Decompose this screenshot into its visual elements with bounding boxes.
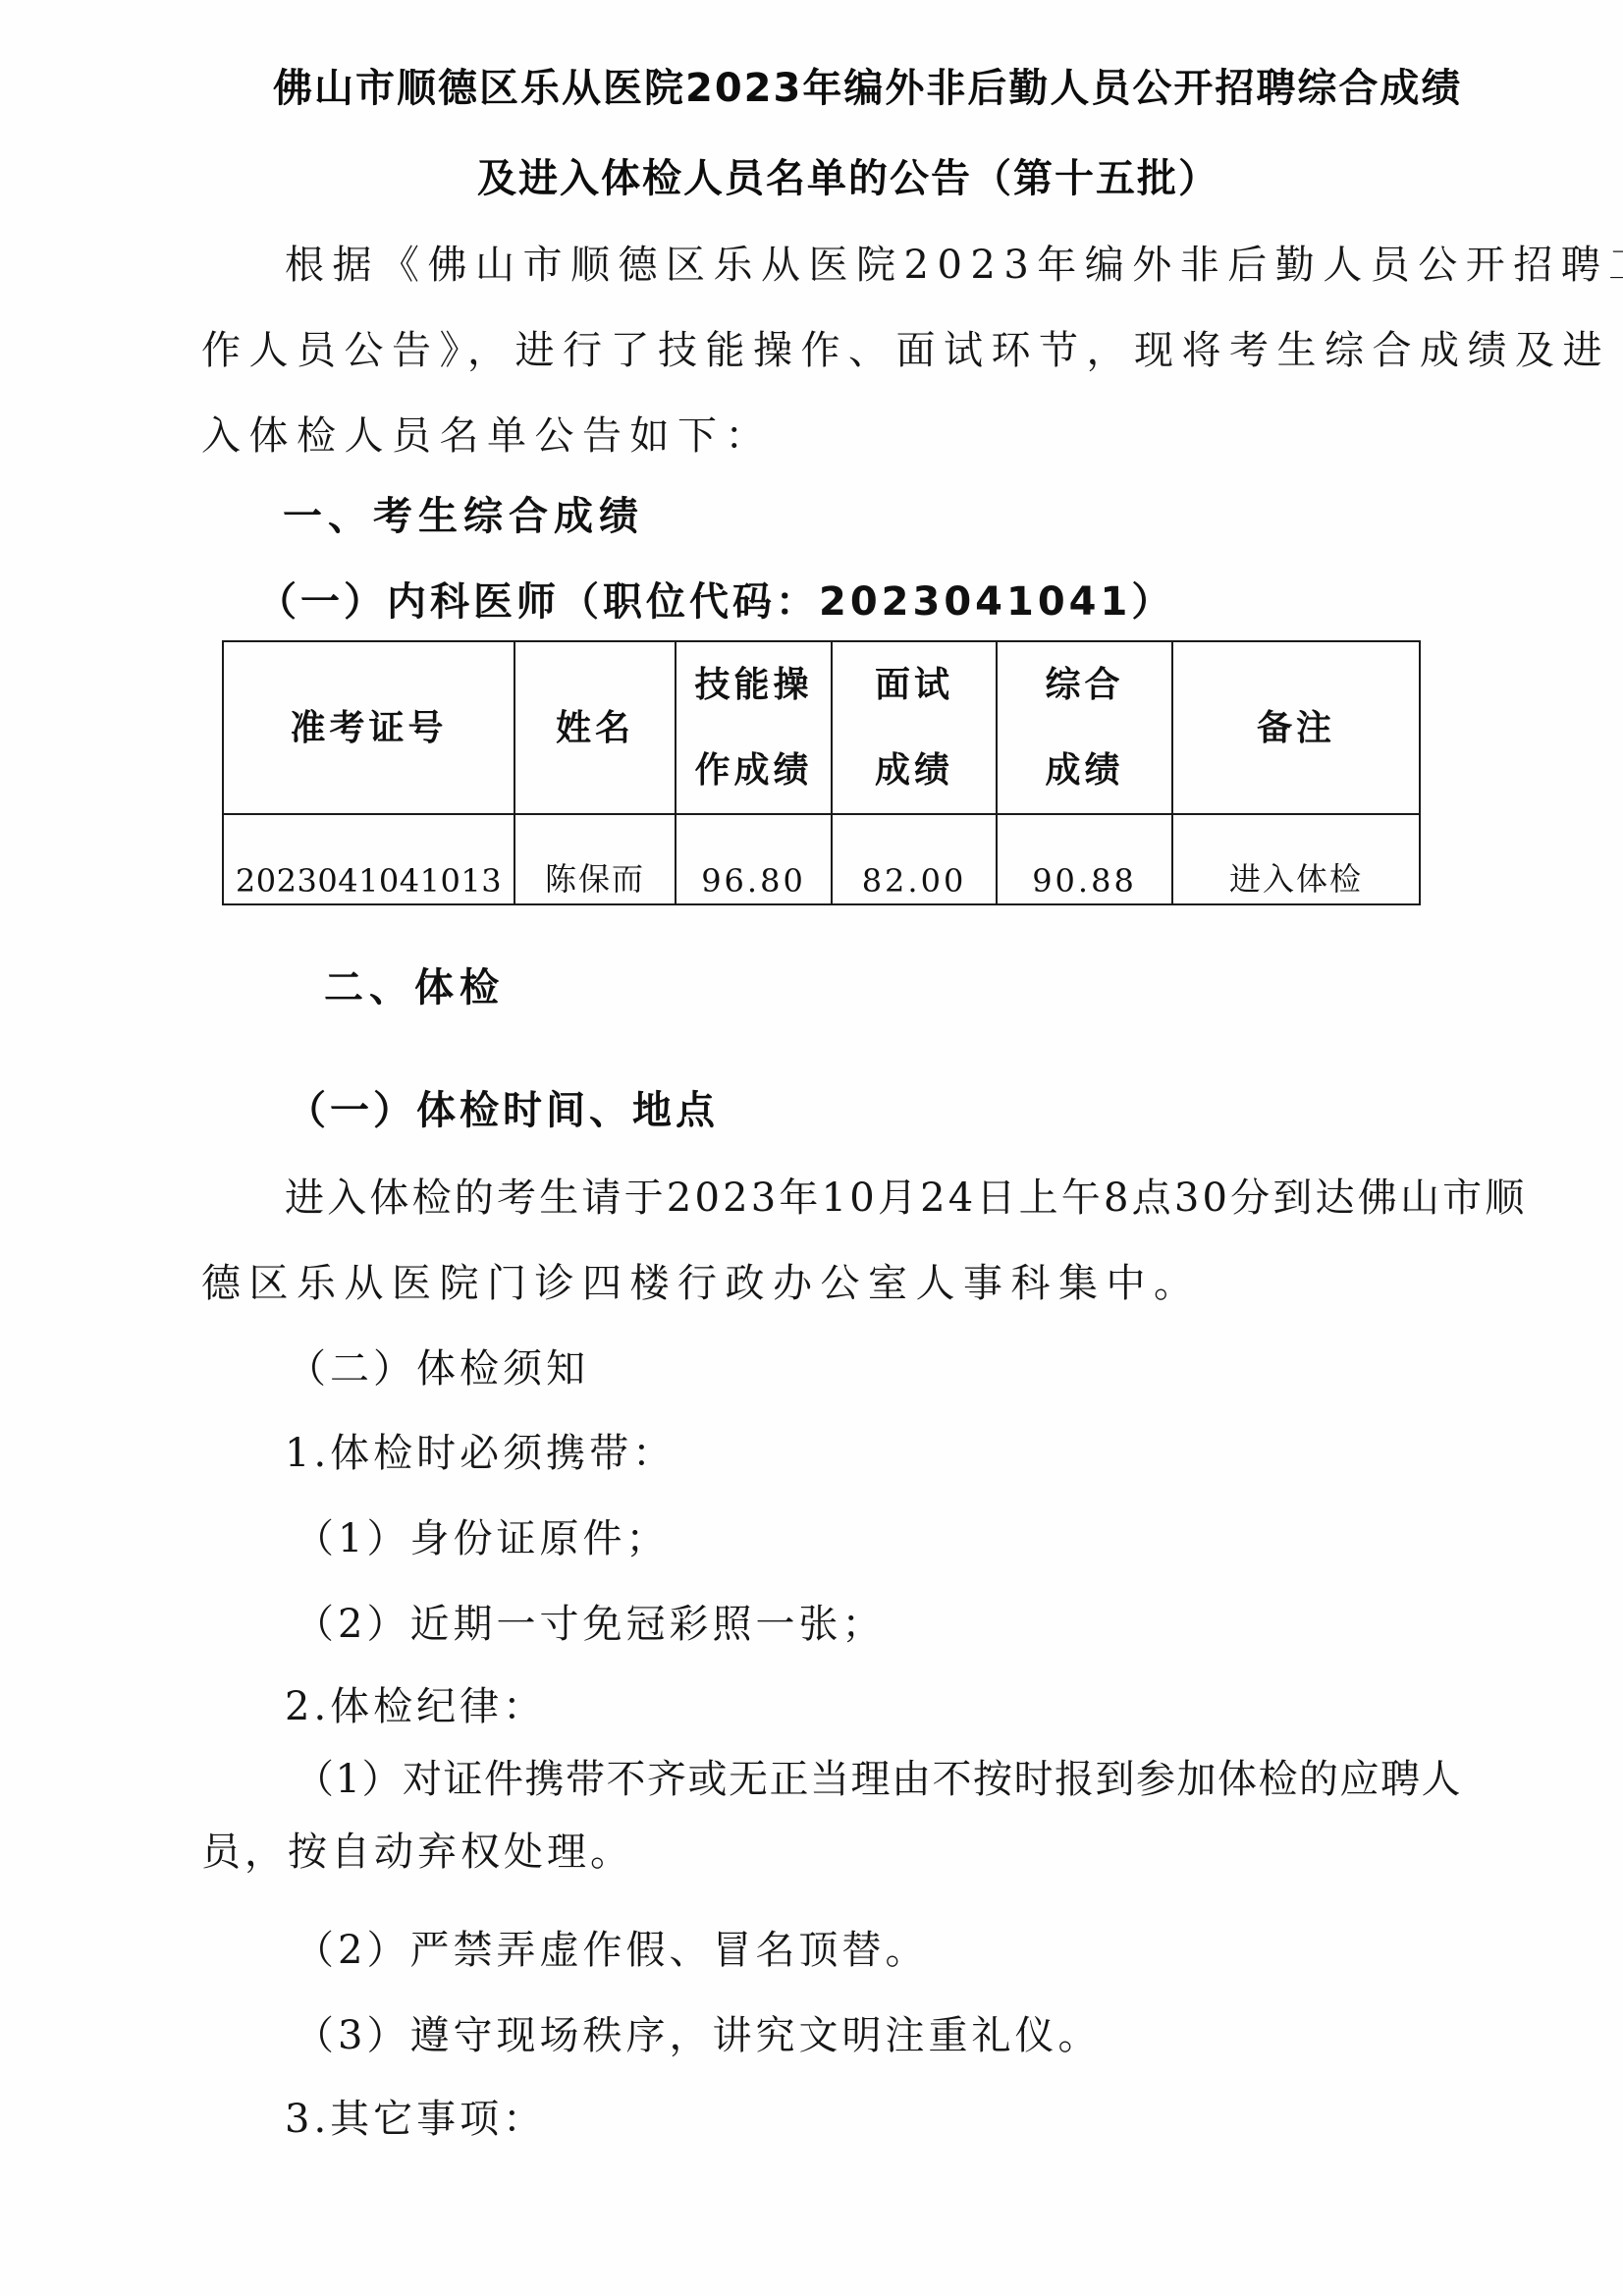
notice-item-2-sub-1-line-1: （1）对证件携带不齐或无正当理由不按时报到参加体检的应聘人: [295, 1760, 1462, 1799]
header-skill-score: 技能操 作成绩: [676, 641, 832, 814]
document-title-line-1: 佛山市顺德区乐从医院2023年编外非后勤人员公开招聘综合成绩: [273, 69, 1462, 108]
document-page: 佛山市顺德区乐从医院2023年编外非后勤人员公开招聘综合成绩 及进入体检人员名单…: [0, 0, 1623, 2296]
intro-line-1: 根据《佛山市顺德区乐从医院2023年编外非后勤人员公开招聘工: [285, 246, 1623, 285]
cell-skill-score: 96.80: [676, 814, 832, 904]
scores-table: 准考证号 姓名 技能操 作成绩 面试 成绩 综合 成绩 备注: [222, 640, 1421, 905]
notice-item-1-label: 1.体检时必须携带：: [285, 1434, 676, 1473]
header-total-score: 综合 成绩: [997, 641, 1172, 814]
subsection-2-2-heading: （二）体检须知: [287, 1349, 589, 1389]
notice-item-2-label: 2.体检纪律：: [285, 1687, 546, 1726]
notice-item-2-sub-3: （3）遵守现场秩序，讲究文明注重礼仪。: [295, 2016, 1101, 2055]
subsection-2-1-heading: （一）体检时间、地点: [287, 1091, 719, 1130]
exam-time-line-2: 德区乐从医院门诊四楼行政办公室人事科集中。: [201, 1264, 1202, 1303]
cell-name: 陈保而: [514, 814, 676, 904]
header-name: 姓名: [514, 641, 676, 814]
intro-line-2: 作人员公告》，进行了技能操作、面试环节，现将考生综合成绩及进: [201, 331, 1610, 370]
cell-remark: 进入体检: [1172, 814, 1420, 904]
exam-time-line-1: 进入体检的考生请于2023年10月24日上午8点30分到达佛山市顺: [285, 1178, 1528, 1218]
intro-line-3: 入体检人员名单公告如下：: [201, 416, 773, 456]
table-header-row: 准考证号 姓名 技能操 作成绩 面试 成绩 综合 成绩 备注: [223, 641, 1420, 814]
notice-item-1-sub-1: （1）身份证原件；: [295, 1519, 669, 1558]
header-remark: 备注: [1172, 641, 1420, 814]
section-2-heading: 二、体检: [324, 968, 505, 1008]
header-exam-id: 准考证号: [223, 641, 514, 814]
notice-item-3-label: 3.其它事项：: [285, 2100, 546, 2139]
cell-total-score: 90.88: [997, 814, 1172, 904]
subsection-1-1-heading: （一）内科医师（职位代码：2023041041）: [257, 582, 1174, 622]
table-row: 2023041041013 陈保而 96.80 82.00 90.88 进入体检: [223, 814, 1420, 904]
document-title-line-2: 及进入体检人员名单的公告（第十五批）: [477, 159, 1219, 198]
section-1-heading: 一、考生综合成绩: [283, 497, 644, 536]
notice-item-2-sub-1-line-2: 员，按自动弃权处理。: [201, 1832, 633, 1872]
header-interview-score: 面试 成绩: [832, 641, 997, 814]
notice-item-1-sub-2: （2）近期一寸免冠彩照一张；: [295, 1605, 885, 1644]
cell-interview-score: 82.00: [832, 814, 997, 904]
cell-exam-id: 2023041041013: [223, 814, 514, 904]
notice-item-2-sub-2: （2）严禁弄虚作假、冒名顶替。: [295, 1931, 928, 1970]
